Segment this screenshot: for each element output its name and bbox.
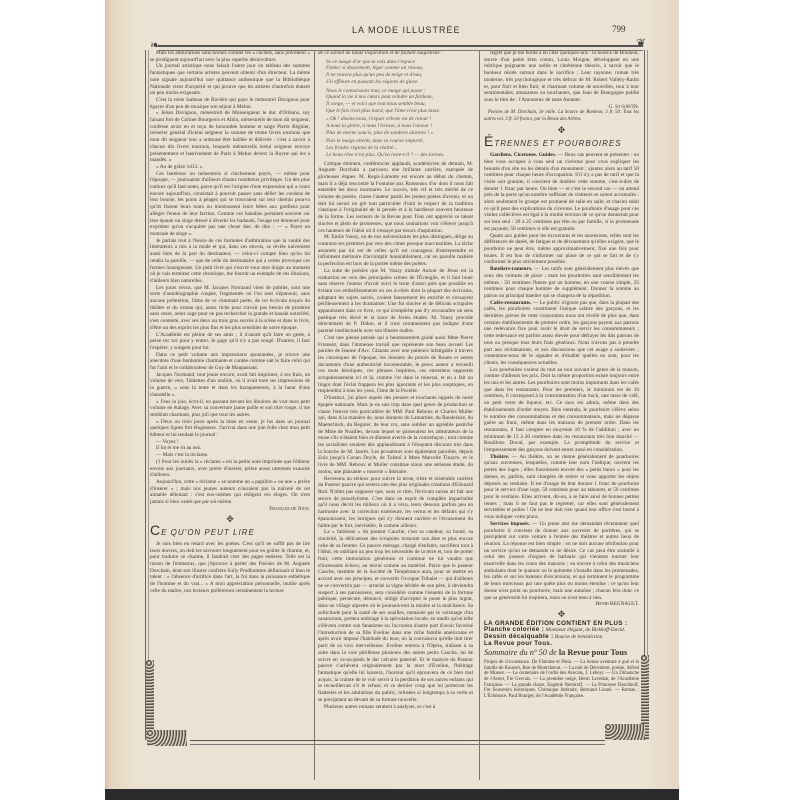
verse-line: Que le fais n'est plus lourd, que l'âme … <box>326 108 473 115</box>
paragraph: Jacques Normand, tout jeune encore, avai… <box>150 372 310 399</box>
paragraph: La « faiblesse » du pasteur Cauche, c'es… <box>318 529 473 703</box>
paragraph: La suite de poésies que M. Vauzy intitul… <box>318 268 473 335</box>
page-number: 799 <box>612 24 626 34</box>
paragraph: L'Académie est pleine de ses amis ; il n… <box>150 332 310 352</box>
tips-section-heading: Gardiens. Cicerones. Guides. <box>490 152 556 158</box>
tips-section: Bateliers-rameurs. — Les tarifs sont gén… <box>484 266 639 300</box>
paragraph: Il lut et me rit au nez. <box>150 445 310 452</box>
paragraph: M. Emile Vauzy, un de nos universitaires… <box>318 234 473 268</box>
stanza: Se ce nuage d'or que tu vois dans l'espa… <box>318 59 473 86</box>
tips-section-heading: Cafés-restaurants. <box>490 300 532 306</box>
stanza: « Oh ! disons-nous, l'espoir céleste est… <box>318 116 473 136</box>
paragraph: (1 Pour les initiés la « réclame » est l… <box>150 459 310 479</box>
sommaire-title: Sommaire du nº 50 de la Revue pour Tous <box>484 650 639 657</box>
sonnet: Se ce nuage d'or que tu vois dans l'espa… <box>318 59 473 159</box>
paragraph: Dans ce petit volume aux impressions spo… <box>150 352 310 372</box>
paragraph: C'est une pieuse pensée qui a heureuseme… <box>318 335 473 395</box>
book-prices-note: Poésies de M. Dorchain, 3e mille. La Sou… <box>484 110 639 123</box>
floral-border-left <box>146 660 154 740</box>
drop-cap: É <box>484 133 494 149</box>
author-signature: François de Nion. <box>150 506 310 513</box>
verse-line: Il ne restera plus qu'un peu de neige et… <box>326 72 473 79</box>
paragraph: Quant aux guides pour les excursions et … <box>484 233 639 267</box>
paragraph: Ces bateleurs ou ménestrels si chichemen… <box>150 171 310 238</box>
paragraph: Les pourboires varient du tout au tout s… <box>484 367 639 454</box>
tips-section-heading: Théâtre. <box>490 454 509 460</box>
section-title-etrennes: ÉTRENNES ET POURBOIRES <box>484 138 639 148</box>
chronicle-text: Mais les admirations sans bornes comme l… <box>150 50 310 506</box>
column-divider-2 <box>479 50 480 780</box>
paragraph: « An de grâce 1413. » <box>150 164 310 171</box>
sommaire-title-italic: Sommaire du nº 50 de <box>484 648 557 657</box>
verse-line: Flotter si doucement, léger comme un rés… <box>326 65 473 72</box>
paragraph: Mais les admirations sans bornes comme l… <box>150 50 310 63</box>
tips-section: Services imposés. — Un jeune ami me dema… <box>484 521 639 601</box>
paragraph: « J'eus la joie, écrit-il, en passant de… <box>150 399 310 419</box>
floral-corner-bottom-left <box>147 730 187 746</box>
fleuron-ornament: ✥ <box>150 516 310 523</box>
section-signature: Henri REGNAULT. <box>484 601 639 608</box>
verse-line: Quand la vie à nos cœurs peut ceindre un… <box>326 94 473 101</box>
verse-line: Le beau rêve n'est plus. Qu'en reste-t-i… <box>326 152 473 159</box>
stanza: Nous le connaissons tous, ce nuage qui p… <box>318 88 473 115</box>
stanza: Puis le nuage atteint, dans sa course em… <box>318 138 473 158</box>
drop-cap: C <box>150 522 161 538</box>
sommaire-body: Propos de circonstance. De Flamme et Ple… <box>484 660 639 699</box>
paragraph: D'instinct, j'ai placé auprès des pieuse… <box>318 395 473 475</box>
tips-section-heading: Services imposés. <box>490 521 530 527</box>
fleuron-ornament: ✥ <box>484 127 639 134</box>
paragraph: Plusieurs autres romans seraient à analy… <box>318 704 473 711</box>
paragraph: Revenons au sérieux pour suivre la terne… <box>318 476 473 530</box>
footer-rule <box>190 740 605 745</box>
tips-section: Gardiens. Cicerones. Guides. — Deux cas … <box>484 152 639 232</box>
paragraph: « Deux ou trois jours après la mise en v… <box>150 419 310 439</box>
column-2: de ce sonnet de haute inspiration et de … <box>318 50 473 770</box>
section-title-text: E QU'ON PEUT LIRE <box>161 528 255 537</box>
reviews-continued: regret que je me borne à en citer quelqu… <box>484 50 639 104</box>
paragraph: C'est la reine Isabeau de Bavière qui pa… <box>150 97 310 110</box>
verse-line: Les froides régions de la réalité... <box>326 145 473 152</box>
grande-edition-list: Planche coloriée : Monsieur élégant, de … <box>484 627 639 647</box>
paragraph: — Mais c'est la réclame. <box>150 452 310 459</box>
tips-section: Cafés-restaurants. — Le public n'ignore … <box>484 300 639 367</box>
frame-border-right <box>644 50 648 660</box>
floral-corner-bottom-right <box>605 724 645 740</box>
column-divider-1 <box>314 50 315 780</box>
frame-border-left <box>145 50 149 740</box>
paragraph: Aujourd'hui, cette « réclame » se nomme … <box>150 479 310 506</box>
paragraph: « Jehan Davignon, ménestrell de Monseign… <box>150 110 310 164</box>
sommaire-title-bold: la Revue pour Tous <box>557 648 627 657</box>
reviews-text: Je suis bien en retard avec les poètes. … <box>150 541 310 595</box>
item-label: La Revue pour Tous. <box>484 640 552 647</box>
tips-section-heading: Bateliers-rameurs. <box>490 266 532 272</box>
verse-line: S'il effleure en passant les régions de … <box>326 79 473 86</box>
column-3: regret que je me borne à en citer quelqu… <box>484 50 639 770</box>
running-title: LA MODE ILLUSTRÉE <box>352 25 461 35</box>
tips-sections: Gardiens. Cicerones. Guides. — Deux cas … <box>484 152 639 601</box>
paragraph: regret que je me borne à en citer quelqu… <box>484 50 639 104</box>
verse-line: « Oh ! disons-nous, l'espoir céleste est… <box>326 116 473 123</box>
paragraph: — Voyez ! <box>150 439 310 446</box>
grande-edition-item: La Revue pour Tous. <box>484 641 639 648</box>
tips-section: Théâtre. — Au théâtre, on ne donne génér… <box>484 454 639 521</box>
reviewer-signature: G. St-SAVIN. <box>484 104 639 111</box>
verse-line: Plus de morne soucis, plus de sombres al… <box>326 130 473 137</box>
column-1: Mais les admirations sans bornes comme l… <box>150 50 310 770</box>
scan-shadow <box>105 789 679 800</box>
book-reviews-text: Critique éminent, conférencier applaudi,… <box>318 161 473 711</box>
item-description: Bourse de bénédiction. <box>554 634 604 640</box>
fleuron-ornament: ✥ <box>484 611 639 618</box>
item-description: Monsieur élégant, de Birkhoff-David. <box>544 627 625 633</box>
paragraph: Les jours vécus, que M. Jacques Normand … <box>150 285 310 332</box>
section-title-text: TRENNES ET POURBOIRES <box>494 139 621 148</box>
verse-line: A nous la gloire, à nous l'ivresse, à no… <box>326 123 473 130</box>
verse-line: Il songe, — et voici que tout nous sembl… <box>326 101 473 108</box>
paragraph: Je parlais tout à l'heure de ces formule… <box>150 238 310 285</box>
paragraph: Je suis bien en retard avec les poètes. … <box>150 541 310 595</box>
lead-line: de ce sonnet de haute inspiration et de … <box>318 50 473 57</box>
paragraph: Critique éminent, conférencier applaudi,… <box>318 161 473 235</box>
section-title-ce-quon-peut-lire: CE QU'ON PEUT LIRE <box>150 527 310 537</box>
paragraph: Un journal artistique nous faisait l'aut… <box>150 63 310 97</box>
verse-line: Se ce nuage d'or que tu vois dans l'espa… <box>326 59 473 66</box>
